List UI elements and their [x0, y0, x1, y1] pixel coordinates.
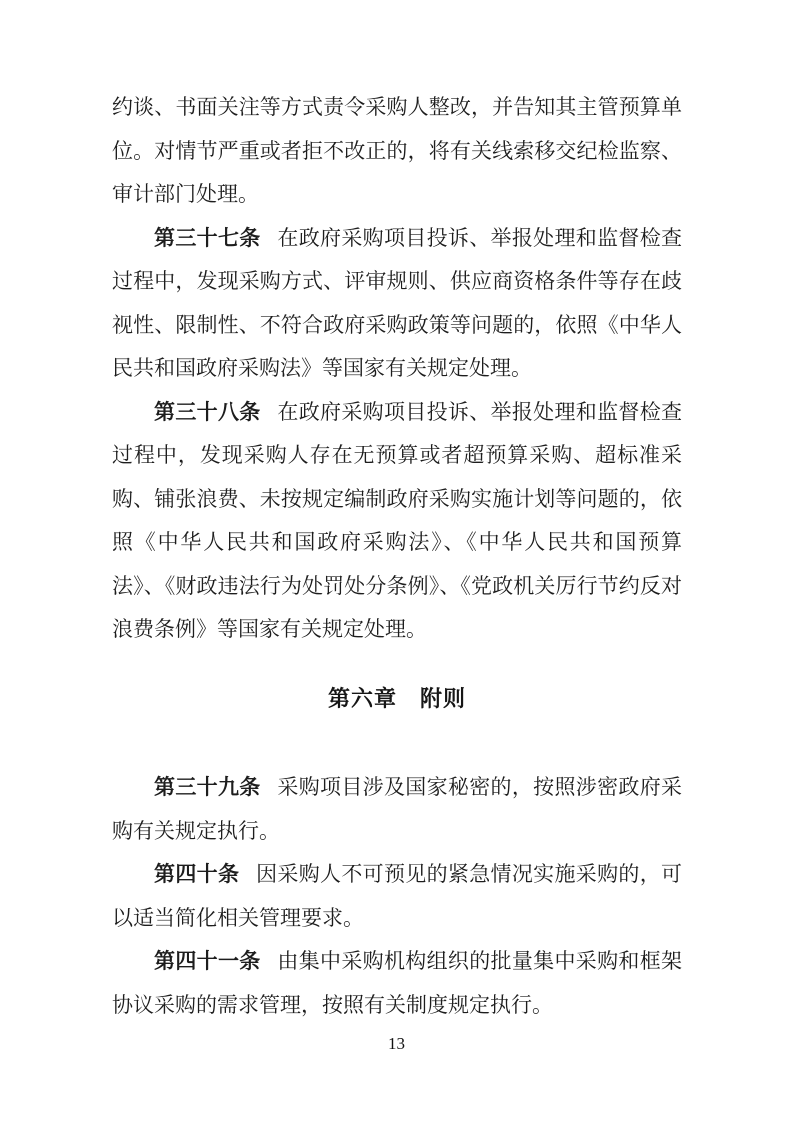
article-41-number: 第四十一条: [154, 950, 261, 973]
article-38-number: 第三十八条: [154, 401, 261, 424]
article-40-paragraph: 第四十条因采购人不可预见的紧急情况实施采购的，可以适当简化相关管理要求。: [112, 853, 682, 940]
page-number: 13: [0, 1034, 793, 1054]
article-41-paragraph: 第四十一条由集中采购机构组织的批量集中采购和框架协议采购的需求管理，按照有关制度…: [112, 940, 682, 1027]
document-body: 约谈、书面关注等方式责令采购人整改，并告知其主管预算单位。对情节严重或者拒不改正…: [112, 86, 682, 1027]
chapter-heading: 第六章 附则: [112, 677, 682, 721]
document-page: 约谈、书面关注等方式责令采购人整改，并告知其主管预算单位。对情节严重或者拒不改正…: [0, 0, 793, 1122]
article-37-number: 第三十七条: [154, 227, 261, 250]
article-38-text: 在政府采购项目投诉、举报处理和监督检查过程中，发现采购人存在无预算或者超预算采购…: [112, 400, 682, 642]
continuation-paragraph: 约谈、书面关注等方式责令采购人整改，并告知其主管预算单位。对情节严重或者拒不改正…: [112, 86, 682, 217]
article-38-paragraph: 第三十八条在政府采购项目投诉、举报处理和监督检查过程中，发现采购人存在无预算或者…: [112, 391, 682, 652]
article-39-number: 第三十九条: [154, 776, 261, 799]
paragraph-text: 约谈、书面关注等方式责令采购人整改，并告知其主管预算单位。对情节严重或者拒不改正…: [112, 95, 682, 206]
article-37-paragraph: 第三十七条在政府采购项目投诉、举报处理和监督检查过程中，发现采购方式、评审规则、…: [112, 217, 682, 391]
article-39-paragraph: 第三十九条采购项目涉及国家秘密的，按照涉密政府采购有关规定执行。: [112, 766, 682, 853]
article-40-number: 第四十条: [154, 863, 239, 886]
